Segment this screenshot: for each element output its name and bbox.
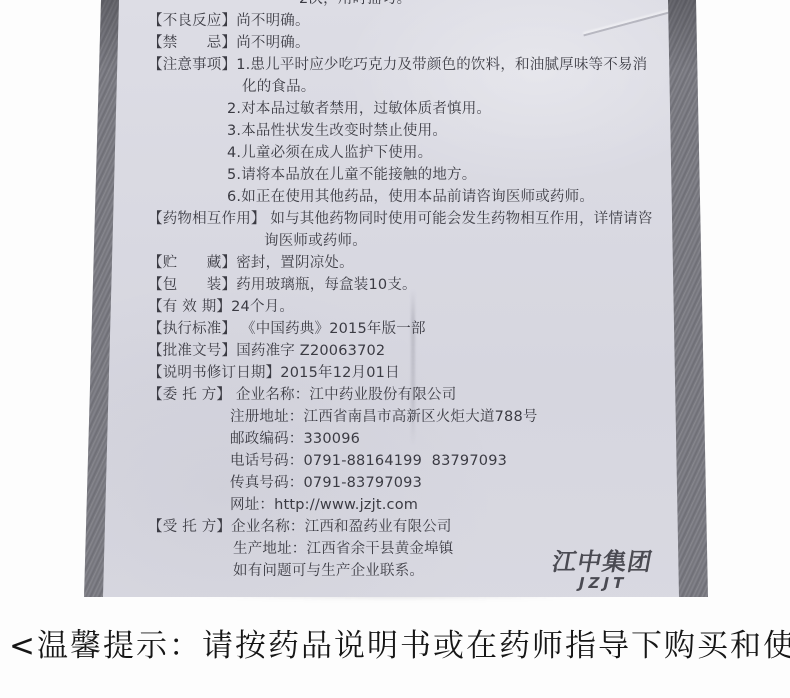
leaflet-line: 【包 装】药用玻璃瓶，每盒装10支。 [0, 274, 790, 296]
reminder-caption: <温馨提示：请按药品说明书或在药师指导下购买和使用 > [9, 620, 790, 665]
jzjt-logo-latin: JZJT [547, 574, 659, 592]
jzjt-logo-chinese: 江中集团 [546, 542, 660, 577]
leaflet-line: 【批准文号】国药准字 Z20063702 [0, 340, 790, 362]
leaflet-line: 【说明书修订日期】2015年12月01日 [0, 362, 790, 384]
leaflet-line: 【有 效 期】24个月。 [0, 296, 790, 318]
leaflet-line: 【贮 藏】密封，置阴凉处。 [0, 252, 790, 274]
leaflet-line: 电话号码：0791-88164199 83797093 [0, 450, 790, 472]
leaflet-line: 【委 托 方】 企业名称：江中药业股份有限公司 [0, 384, 790, 406]
leaflet-line: 生产地址：江西省余干县黄金埠镇 [0, 538, 790, 560]
leaflet-line: 【执行标准】 《中国药典》2015年版一部 [0, 318, 790, 340]
leaflet-line: 网址：http://www.jzjt.com [0, 494, 790, 516]
jzjt-logo: 江中集团 JZJT [549, 542, 657, 592]
leaflet-line: 【药物相互作用】 如与其他药物同时使用可能会发生药物相互作用，详情请咨 [0, 208, 790, 230]
leaflet-line: 邮政编码：330096 [0, 428, 790, 450]
product-photo: 2次，用时摇匀。【不良反应】尚不明确。【禁 忌】尚不明确。【注意事项】1.患儿平… [0, 0, 790, 698]
leaflet-line: 传真号码：0791-83797093 [0, 472, 790, 494]
leaflet-line: 注册地址：江西省南昌市高新区火炬大道788号 [0, 406, 790, 428]
leaflet-line: 【受 托 方】企业名称：江西和盈药业有限公司 [0, 516, 790, 538]
leaflet-line: 如有问题可与生产企业联系。 [0, 560, 790, 582]
leaflet-line: 询医师或药师。 [0, 230, 790, 252]
